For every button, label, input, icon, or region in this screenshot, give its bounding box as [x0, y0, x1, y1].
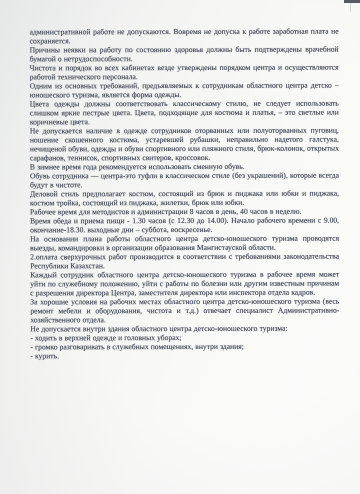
- paragraph: Не допускается наличие в одежде сотрудни…: [30, 126, 339, 163]
- paragraph: Одним из основных требований, предъявляе…: [30, 81, 339, 100]
- paragraph: Время обеда и приема пищи - 1.30 часов (…: [30, 216, 339, 235]
- paragraph: Деловой стиль предполагает костюм, состо…: [30, 189, 339, 208]
- scanned-document-page: административной работе не допускаются. …: [0, 0, 360, 494]
- paragraph: Причины неявки на работу по состоянию зд…: [30, 45, 339, 64]
- paragraph: 2.оплата сверхурочных работ производится…: [30, 252, 339, 271]
- paragraph: Чистота и порядок во всех кабинетах везд…: [30, 63, 339, 82]
- scan-artifact-top-right: [344, 0, 360, 3]
- paragraph: За хорошие условия на рабочих местах обл…: [30, 297, 339, 325]
- document-text-block: административной работе не допускаются. …: [30, 27, 340, 361]
- list-item-paragraph: - курить.: [30, 351, 339, 361]
- paragraph: Цвета одежды должны соответствовать клас…: [30, 99, 339, 127]
- paragraph: Обувь сотрудника — центра-это туфли в кл…: [30, 171, 339, 190]
- paragraph: административной работе не допускаются. …: [30, 27, 339, 46]
- paragraph: На основании плана работы областного цен…: [30, 234, 339, 253]
- paragraph: Каждый сотрудник областного центра детск…: [30, 270, 339, 298]
